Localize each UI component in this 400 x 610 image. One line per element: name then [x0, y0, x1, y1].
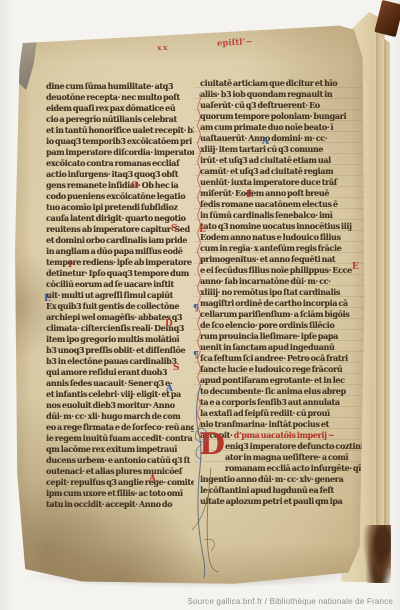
manuscript-line: tatu in occidit· accepit· Anno do: [46, 499, 194, 510]
manuscript-line: dine cum ſūma humilitate· atq3: [46, 81, 194, 92]
manuscript-line: in ſūmū cardinalis ſenebalco· imī: [200, 210, 364, 221]
manuscript-line: ipm cum uxore et filiis· ac toto omī: [46, 488, 194, 499]
decorated-initial-D: D: [199, 429, 225, 463]
manuscript-line: ſca feſtum ſci andree· Petro ocā fratri: [200, 353, 364, 364]
manuscript-line: camūt· et uſq3 ad ciuitatē regiam: [200, 166, 364, 177]
manuscript-line: nos euoluit dieb3 moritur· Anno: [46, 400, 194, 411]
manuscript-line: excōicato contra romanas eccliaſ: [46, 158, 194, 169]
manuscript-line: la extaſi ad ſeipſū rediit· cū prouī: [200, 408, 364, 419]
manuscript-line: uenit in ſanctam apud ingeduanū: [200, 342, 364, 353]
manuscript-line: to decumbente· ſic anima eius abrep: [200, 386, 364, 397]
colored-initial: S: [173, 364, 180, 373]
manuscript-line: ſancte lucie e ludouico rege frācorū: [200, 364, 364, 375]
manuscript-line: eo a rege firmata e de ſorſeco· reū angl: [46, 422, 194, 433]
manuscript-line: actio inſurgens· itaq3 quoq3 obſt: [46, 169, 194, 180]
manuscript-line: pam imperatore diſcordia· imperator: [46, 147, 194, 158]
manuscript-line: qui amore reſidui erant duob3: [46, 367, 194, 378]
manuscript-line: ingentio anno dūi· m· cc· xlv· genera: [200, 474, 364, 485]
colored-initial: I: [68, 261, 72, 270]
colored-initial: O: [131, 182, 139, 191]
manuscript-line: magiſtri ordinē de cartho incorpia cā: [200, 298, 364, 309]
rubric-text: d’pma uacatōis imperij ~: [234, 430, 335, 440]
screenshot-root: { "header": { "folio_mark": "xx", "runni…: [0, 0, 400, 610]
manuscript-line: qm lacōme rex exitum impetrauī: [46, 444, 194, 455]
colored-initial: D: [165, 320, 173, 329]
manuscript-line: xliiij· no remōtus ipo ſtat cardinalis: [200, 287, 364, 298]
manuscript-line: item ipo gregorio multis molātioī: [46, 334, 194, 345]
source-caption: Source gallica.bnf.fr / Bibliothèque nat…: [187, 597, 393, 606]
colored-initial: ¶: [193, 352, 199, 361]
binding-corner: [374, 0, 400, 37]
colored-initial: A: [262, 138, 269, 147]
manuscript-line: gens remanete inſidiat· Ob hec ia: [46, 180, 194, 191]
manuscript-line: tuo acomīo ipi pretendi ſubſidioz: [46, 202, 194, 213]
manuscript-line: eidem quaſi rex pax dōmatice eū: [46, 103, 194, 114]
manuscript-line: ie regem inuitū ſuam accedit· contra: [46, 433, 194, 444]
manuscript-line: b3 unoq3 preſſis obiit· et diſſenſiōe: [46, 345, 194, 356]
manuscript-line: e ei ſecūdus filius noīe philippus· Ecce: [200, 265, 364, 276]
manuscript-line: ta e a corporis ſenſib3 aut annulata: [200, 397, 364, 408]
manuscript-line: le cōſtantini apud lugdunū ea feſt: [200, 485, 364, 496]
colored-initial: E: [44, 295, 51, 304]
manuscript-line: tato q3 nomine uocatus innocētius iiij: [200, 221, 364, 232]
manuscript-line: outenaci· et alias plures municōeſ: [46, 466, 194, 477]
manuscript-line: aliis· b3 iob quondam regnauit in: [200, 89, 364, 100]
manuscript-line: xliij· item tartari cū q3 comune: [200, 144, 364, 155]
manuscript-line: cum in regīa· x anteſūm regis frācie: [200, 243, 364, 254]
manuscript-left-column: dine cum ſūma humilitate· atq3deuotōne r…: [46, 81, 194, 510]
manuscript-line: anno· ſab incarnatōne dūi· m· cc·: [200, 276, 364, 287]
manuscript-page: xx epiſtl’~ dine cum ſūma humilitate· at…: [10, 24, 372, 586]
manuscript-line: Ex quib3 fuit gentis de collectōne: [46, 301, 194, 312]
manuscript-line: ueniūt· iuxta imperatore duce trāſ: [200, 177, 364, 188]
manuscript-line: primogenitus· et anno ſequēti nat: [200, 254, 364, 265]
manuscript-line: cōciliū eorum ad ſe uacare inſtit: [46, 279, 194, 290]
manuscript-line: in angliam a dūo papa miſſus eodē: [46, 246, 194, 257]
manuscript-line: io quaq3 temporib3 excōicatōem pri: [46, 136, 194, 147]
manuscript-line: cio a peregrīo nūtilianis celebrat: [46, 114, 194, 125]
colored-initial: S: [171, 225, 178, 234]
manuscript-line: irūt· et uſq3 ad ciuitatē etiam ual: [200, 155, 364, 166]
book-block-fore-edge: [373, 26, 390, 578]
colored-initial: A: [149, 475, 156, 484]
manuscript-line: de ſco elencio· pore ordinis ſilēcio: [200, 320, 364, 331]
manuscript-line: ducens urbem· e antonio catūū q3 ſt: [46, 455, 194, 466]
manuscript-line: uitate aplozum petri et pauli qm ipa: [200, 496, 364, 507]
colored-initial: ¶: [193, 305, 199, 314]
manuscript-line: Eodem anno natus e ludouico filius: [200, 232, 364, 243]
folio-mark: xx: [157, 43, 169, 52]
manuscript-line: uaſtauerūt· Anno domini· m· cc·: [200, 133, 364, 144]
manuscript-line: cauſa latent dirigit· quarto negotio: [46, 213, 194, 224]
colored-initial: E: [199, 226, 206, 235]
manuscript-line: rum prouincia lieſimare· ipſe papa: [200, 331, 364, 342]
manuscript-line: miſerūt· Eodem anno poſt breuē: [200, 188, 364, 199]
manuscript-line: apud pontiſaram egrotante· et in lec: [200, 375, 364, 386]
manuscript-line: romanam eccliā acto inſurgēte· qī: [200, 463, 364, 474]
manuscript-line: cellarum pariſienſium· a ſciām bīgōis: [200, 309, 364, 320]
manuscript-line: cepit· repulſus q3 anglie rege· comite: [46, 477, 194, 488]
colored-initial: A: [166, 385, 173, 394]
manuscript-line: quorum tempore poloniam· bungari: [200, 111, 364, 122]
colored-initial: E: [246, 191, 253, 200]
running-title: epiſtl’~: [217, 37, 253, 49]
manuscript-line: ſedis romane uacatōnem electus ē: [200, 199, 364, 210]
manuscript-line: dūi· m· cc· xli· hugo march de com: [46, 411, 194, 422]
manuscript-line: uaſerūt· cū q3 deſtruerent· Eo: [200, 100, 364, 111]
manuscript-line: codo pueniens excōicatōne legatio: [46, 191, 194, 202]
colored-initial: E: [352, 263, 359, 272]
manuscript-line: am cum primate duo noīe beato· ī: [200, 122, 364, 133]
manuscript-line: ciuitatē articiam que dicitur et hīo: [200, 78, 364, 89]
manuscript-line: deuotōne recepta· nec multo poſt: [46, 92, 194, 103]
manuscript-line: uit· multi ut agreſſi ſimul capiūt: [46, 290, 194, 301]
manuscript-line: et domini orbo cardinalis iam pride: [46, 235, 194, 246]
binding-stain: [363, 525, 391, 583]
manuscript-line: et in tantū honorifice ualet recepit· b3: [46, 125, 194, 136]
parchment-repair-patch: [10, 32, 37, 90]
manuscript-line: b3 in electōne pauas cardinalib3: [46, 356, 194, 367]
